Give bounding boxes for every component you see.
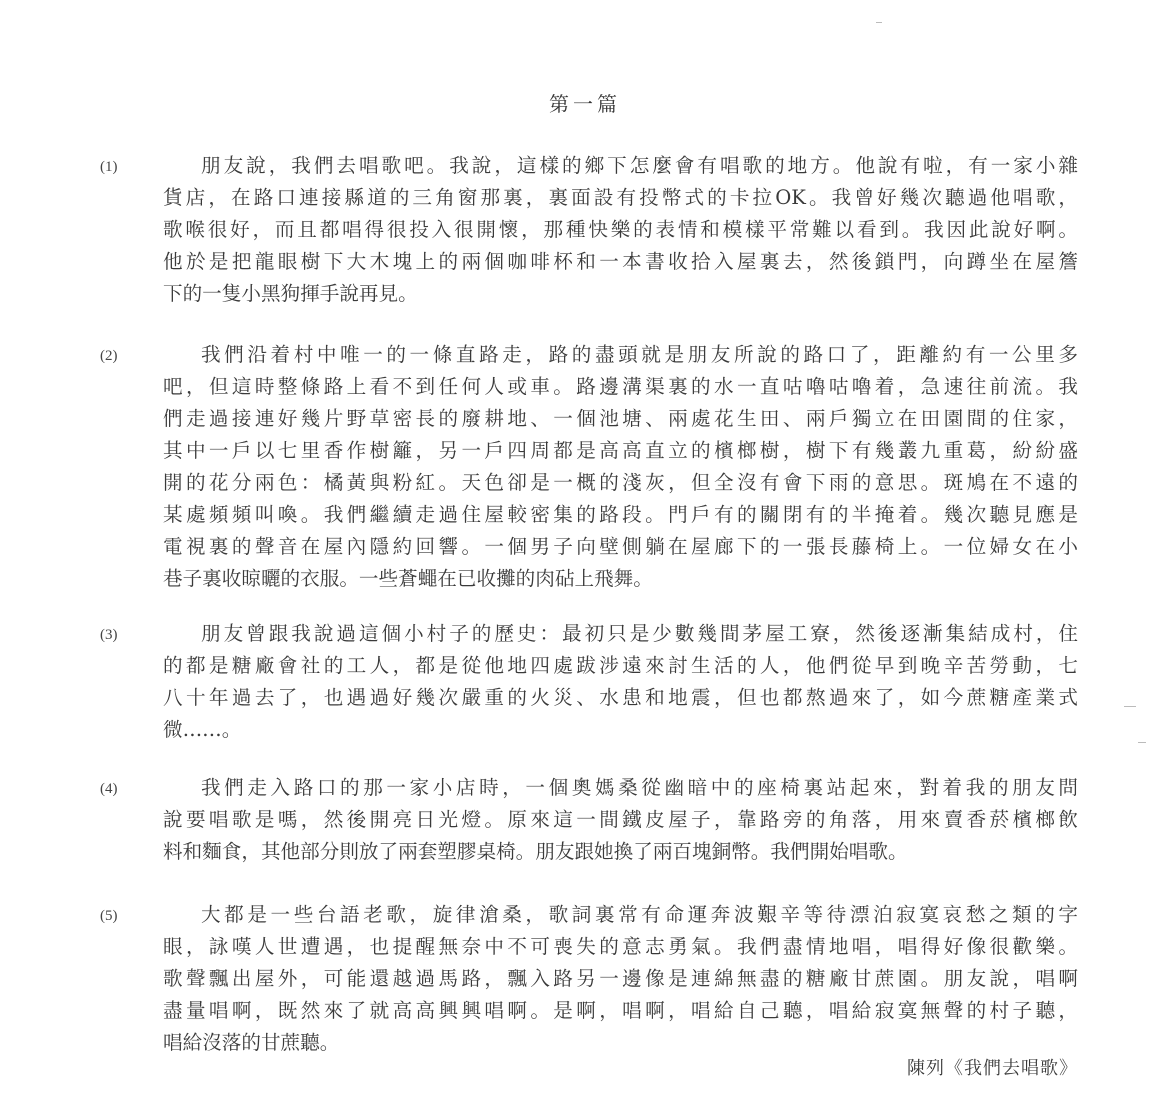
text-line: 巷子裏收晾曬的衣服。一些蒼蠅在已收攤的肉砧上飛舞。 <box>163 563 1078 595</box>
paragraph-number: (3) <box>100 627 118 644</box>
source-attribution: 陳列《我們去唱歌》 <box>907 1054 1078 1080</box>
text-line: 其中一戶以七里香作樹籬，另一戶四周都是高高直立的檳榔樹，樹下有幾叢九重葛，紛紛盛 <box>163 435 1078 467</box>
text-line: 們走過接連好幾片野草密長的廢耕地、一個池塘、兩處花生田、兩戶獨立在田園間的住家， <box>163 403 1078 435</box>
text-line: 歌喉很好，而且都唱得很投入很開懷，那種快樂的表情和模樣平常難以看到。我因此說好啊… <box>163 214 1078 246</box>
text-line: 料和麵食，其他部分則放了兩套塑膠桌椅。朋友跟她換了兩百塊銅幣。我們開始唱歌。 <box>163 836 1078 868</box>
text-line: 朋友說，我們去唱歌吧。我說，這樣的鄉下怎麼會有唱歌的地方。他說有啦，有一家小雜 <box>201 150 1078 182</box>
paragraph-number: (2) <box>100 348 118 365</box>
text-line: 我們沿着村中唯一的一條直路走，路的盡頭就是朋友所說的路口了，距離約有一公里多 <box>201 339 1078 371</box>
paragraph-number: (4) <box>100 781 118 798</box>
text-line: 說要唱歌是嗎，然後開亮日光燈。原來這一間鐵皮屋子，靠路旁的角落，用來賣香菸檳榔飲 <box>163 804 1078 836</box>
text-line: 下的一隻小黑狗揮手說再見。 <box>163 278 1078 310</box>
scan-artifact <box>1124 706 1136 707</box>
text-line: 貨店，在路口連接縣道的三角窗那裏，裏面設有投幣式的卡拉OK。我曾好幾次聽過他唱歌… <box>163 182 1078 214</box>
text-line: 某處頻頻叫喚。我們繼續走過住屋較密集的路段。門戶有的關閉有的半掩着。幾次聽見應是 <box>163 499 1078 531</box>
text-line: 歌聲飄出屋外，可能還越過馬路，飄入路另一邊像是連綿無盡的糖廠甘蔗園。朋友說，唱啊 <box>163 963 1078 995</box>
text-line: 我們走入路口的那一家小店時，一個奧媽桑從幽暗中的座椅裏站起來，對着我的朋友問 <box>201 772 1078 804</box>
text-line: 他於是把龍眼樹下大木塊上的兩個咖啡杯和一本書收拾入屋裏去，然後鎖門，向蹲坐在屋簷 <box>163 246 1078 278</box>
document-page: 第一篇 (1) 朋友說，我們去唱歌吧。我說，這樣的鄉下怎麼會有唱歌的地方。他說有… <box>0 0 1170 1094</box>
document-title: 第一篇 <box>0 88 1170 117</box>
scan-artifact <box>876 22 882 23</box>
text-line: 大都是一些台語老歌，旋律滄桑，歌詞裏常有命運奔波艱辛等待漂泊寂寞哀愁之類的字 <box>201 899 1078 931</box>
text-line: 開的花分兩色：橘黃與粉紅。天色卻是一概的淺灰，但全沒有會下雨的意思。斑鳩在不遠的 <box>163 467 1078 499</box>
scan-artifact <box>1138 742 1146 743</box>
text-line: 吧，但這時整條路上看不到任何人或車。路邊溝渠裏的水一直咕嚕咕嚕着，急速往前流。我 <box>163 371 1078 403</box>
text-line: 盡量唱啊，既然來了就高高興興唱啊。是啊，唱啊，唱給自己聽，唱給寂寞無聲的村子聽， <box>163 995 1078 1027</box>
paragraph-number: (1) <box>100 159 118 176</box>
text-line: 的都是糖廠會社的工人，都是從他地四處跋涉遠來討生活的人，他們從早到晚辛苦勞動，七 <box>163 650 1078 682</box>
text-line: 朋友曾跟我說過這個小村子的歷史：最初只是少數幾間茅屋工寮，然後逐漸集結成村，住 <box>201 618 1078 650</box>
text-line: 電視裏的聲音在屋內隱約回響。一個男子向壁側躺在屋廊下的一張長藤椅上。一位婦女在小 <box>163 531 1078 563</box>
text-line: 眼，詠嘆人世遭遇，也提醒無奈中不可喪失的意志勇氣。我們盡情地唱，唱得好像很歡樂。 <box>163 931 1078 963</box>
text-line: 微……。 <box>163 714 1078 746</box>
text-line: 八十年過去了，也遇過好幾次嚴重的火災、水患和地震，但也都熬過來了，如今蔗糖產業式 <box>163 682 1078 714</box>
paragraph-number: (5) <box>100 908 118 925</box>
